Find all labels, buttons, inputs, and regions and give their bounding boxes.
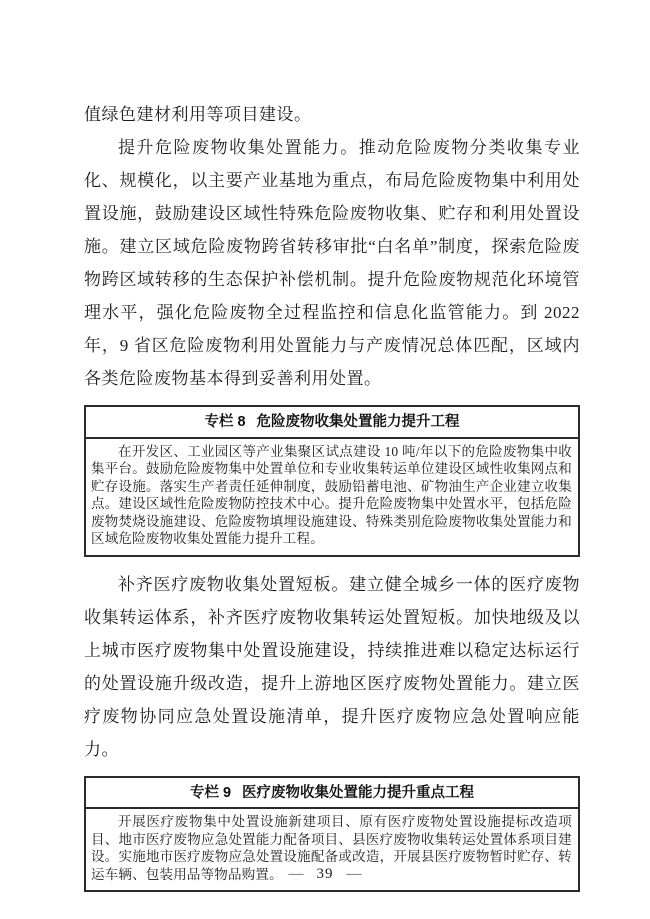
callout-box-9-heading: 医疗废物收集处置能力提升重点工程 <box>242 785 474 801</box>
page-footer: —39— <box>0 866 650 883</box>
callout-box-9-title: 专栏 9医疗废物收集处置能力提升重点工程 <box>86 778 578 810</box>
footer-dash-right: — <box>347 866 362 882</box>
footer-dash-left: — <box>289 866 304 882</box>
callout-box-8-label: 专栏 8 <box>205 414 246 430</box>
callout-box-8: 专栏 8危险废物收集处置能力提升工程 在开发区、工业园区等产业集聚区试点建设 1… <box>84 405 580 557</box>
page-content: 值绿色建材利用等项目建设。 提升危险废物收集处置能力。推动危险废物分类收集专业化… <box>84 98 580 892</box>
paragraph-continuation: 值绿色建材利用等项目建设。 <box>84 98 580 131</box>
callout-box-8-heading: 危险废物收集处置能力提升工程 <box>256 414 459 430</box>
document-page: 值绿色建材利用等项目建设。 提升危险废物收集处置能力。推动危险废物分类收集专业化… <box>0 0 650 919</box>
callout-box-9-label: 专栏 9 <box>190 785 231 801</box>
callout-box-8-body: 在开发区、工业园区等产业集聚区试点建设 10 吨/年以下的危险废物集中收集平台。… <box>86 439 578 555</box>
callout-box-8-title: 专栏 8危险废物收集处置能力提升工程 <box>86 407 578 439</box>
paragraph-hazardous-waste: 提升危险废物收集处置能力。推动危险废物分类收集专业化、规模化，以主要产业基地为重… <box>84 131 580 395</box>
page-number: 39 <box>317 866 334 882</box>
paragraph-medical-waste: 补齐医疗废物收集处置短板。建立健全城乡一体的医疗废物收集转运体系，补齐医疗废物收… <box>84 568 580 766</box>
